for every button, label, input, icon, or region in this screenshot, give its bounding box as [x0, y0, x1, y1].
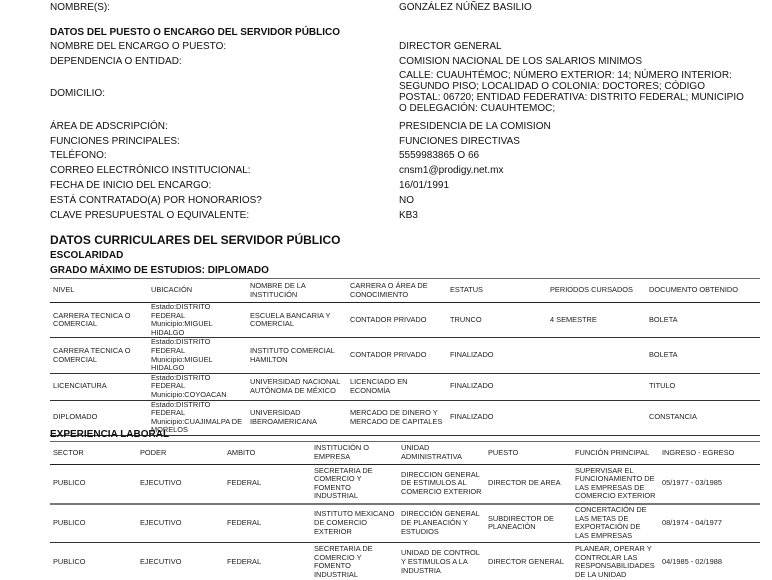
table-cell: 4 SEMESTRE: [547, 303, 646, 338]
field-label-telefono: TELÉFONO:: [50, 150, 107, 161]
field-label-honorarios: ESTÁ CONTRATADO(A) POR HONORARIOS?: [50, 195, 262, 206]
col-header: FUNCIÓN PRINCIPAL: [572, 442, 659, 465]
field-value-domicilio: CALLE: CUAUHTÉMOC; NÚMERO EXTERIOR: 14; …: [399, 70, 744, 114]
col-header: ESTATUS: [447, 279, 547, 303]
table-cell: PUBLICO: [50, 465, 137, 504]
field-label-dependencia: DEPENDENCIA O ENTIDAD:: [50, 56, 182, 67]
table-row: CARRERA TECNICA O COMERCIAL Estado:DISTR…: [50, 338, 760, 373]
table-cell: EJECUTIVO: [137, 465, 224, 504]
table-row: CARRERA TECNICA O COMERCIAL Estado:DISTR…: [50, 303, 760, 338]
table-cell: PUBLICO: [50, 504, 137, 543]
table-cell: INSTITUTO COMERCIAL HAMILTON: [247, 338, 347, 373]
table-cell: CONCERTACIÓN DE LAS METAS DE EXPORTACIÓN…: [572, 504, 659, 543]
field-value-clave: KB3: [399, 210, 418, 221]
col-header: NIVEL: [50, 279, 148, 303]
table-cell: SECRETARIA DE COMERCIO Y FOMENTO INDUSTR…: [311, 465, 398, 504]
table-cell: CARRERA TECNICA O COMERCIAL: [50, 338, 148, 373]
table-row: PUBLICO EJECUTIVO FEDERAL SECRETARIA DE …: [50, 543, 760, 580]
table-cell: EJECUTIVO: [137, 543, 224, 580]
col-header: INGRESO - EGRESO: [659, 442, 760, 465]
field-label-funciones: FUNCIONES PRINCIPALES:: [50, 136, 180, 147]
curriculares-section-title: DATOS CURRICULARES DEL SERVIDOR PÚBLICO: [50, 233, 340, 247]
table-cell: CONTADOR PRIVADO: [347, 338, 447, 373]
table-row: PUBLICO EJECUTIVO FEDERAL INSTITUTO MEXI…: [50, 504, 760, 543]
field-label-clave: CLAVE PRESUPUESTAL O EQUIVALENTE:: [50, 210, 249, 221]
table-cell: FINALIZADO: [447, 400, 547, 435]
experiencia-title: EXPERIENCIA LABORAL: [50, 429, 169, 440]
table-cell: CARRERA TECNICA O COMERCIAL: [50, 303, 148, 338]
table-cell: INSTITUTO MEXICANO DE COMERCIO EXTERIOR: [311, 504, 398, 543]
table-cell: MERCADO DE DINERO Y MERCADO DE CAPITALES: [347, 400, 447, 435]
name-value: GONZÁLEZ NÚÑEZ BASILIO: [399, 2, 532, 13]
name-label: NOMBRE(S):: [50, 2, 110, 13]
table-cell: LICENCIATURA: [50, 373, 148, 400]
table-cell: FINALIZADO: [447, 373, 547, 400]
table-cell: DIRECTOR DE AREA: [485, 465, 572, 504]
field-value-dependencia: COMISION NACIONAL DE LOS SALARIOS MINIMO…: [399, 56, 642, 67]
table-cell: SECRETARIA DE COMERCIO Y FOMENTO INDUSTR…: [311, 543, 398, 580]
field-value-fecha: 16/01/1991: [399, 180, 449, 191]
col-header: DOCUMENTO OBTENIDO: [646, 279, 760, 303]
table-cell: PLANEAR, OPERAR Y CONTROLAR LAS RESPONSA…: [572, 543, 659, 580]
table-cell: Estado:DISTRITO FEDERAL Municipio:COYOAC…: [148, 373, 247, 400]
table-cell: [547, 338, 646, 373]
field-label-domicilio: DOMICILIO:: [50, 88, 105, 99]
col-header: AMBITO: [224, 442, 311, 465]
table-cell: [547, 400, 646, 435]
table-cell: DIRECCION GENERAL DE ESTIMULOS AL COMERC…: [398, 465, 485, 504]
table-cell: 08/1974 - 04/1977: [659, 504, 760, 543]
table-cell: CONTADOR PRIVADO: [347, 303, 447, 338]
col-header: UBICACIÓN: [148, 279, 247, 303]
table-cell: FEDERAL: [224, 543, 311, 580]
col-header: CARRERA O ÁREA DE CONOCIMIENTO: [347, 279, 447, 303]
table-row: LICENCIATURA Estado:DISTRITO FEDERAL Mun…: [50, 373, 760, 400]
puesto-section-title: DATOS DEL PUESTO O ENCARGO DEL SERVIDOR …: [50, 27, 340, 38]
table-cell: FEDERAL: [224, 465, 311, 504]
col-header: NOMBRE DE LA INSTITUCIÓN: [247, 279, 347, 303]
col-header: PODER: [137, 442, 224, 465]
field-label-area: ÁREA DE ADSCRIPCIÓN:: [50, 121, 168, 132]
table-cell: UNIVERSIDAD NACIONAL AUTÓNOMA DE MÉXICO: [247, 373, 347, 400]
table-cell: SUPERVISAR EL FUNCIONAMIENTO DE LAS EMPR…: [572, 465, 659, 504]
table-cell: 04/1985 - 02/1988: [659, 543, 760, 580]
table-cell: BOLETA: [646, 338, 760, 373]
table-cell: TITULO: [646, 373, 760, 400]
col-header: UNIDAD ADMINISTRATIVA: [398, 442, 485, 465]
field-value-correo: cnsm1@prodigy.net.mx: [399, 165, 503, 176]
table-cell: FINALIZADO: [447, 338, 547, 373]
col-header: INSTITUCIÓN O EMPRESA: [311, 442, 398, 465]
grado-maximo: GRADO MÁXIMO DE ESTUDIOS: DIPLOMADO: [50, 265, 269, 276]
table-cell: TRUNCO: [447, 303, 547, 338]
table-cell: Estado:DISTRITO FEDERAL Municipio:MIGUEL…: [148, 303, 247, 338]
table-header-row: SECTOR PODER AMBITO INSTITUCIÓN O EMPRES…: [50, 442, 760, 465]
table-cell: 05/1977 - 03/1985: [659, 465, 760, 504]
table-cell: Estado:DISTRITO FEDERAL Municipio:MIGUEL…: [148, 338, 247, 373]
field-label-fecha: FECHA DE INICIO DEL ENCARGO:: [50, 180, 211, 191]
table-cell: [547, 373, 646, 400]
table-cell: CONSTANCIA: [646, 400, 760, 435]
field-value-area: PRESIDENCIA DE LA COMISION: [399, 121, 551, 132]
field-value-honorarios: NO: [399, 195, 414, 206]
field-value-puesto: DIRECTOR GENERAL: [399, 41, 502, 52]
table-cell: UNIVERSIDAD IBEROAMERICANA: [247, 400, 347, 435]
escolaridad-table: NIVEL UBICACIÓN NOMBRE DE LA INSTITUCIÓN…: [50, 278, 760, 436]
table-cell: EJECUTIVO: [137, 504, 224, 543]
table-header-row: NIVEL UBICACIÓN NOMBRE DE LA INSTITUCIÓN…: [50, 279, 760, 303]
escolaridad-title: ESCOLARIDAD: [50, 250, 123, 261]
table-cell: PUBLICO: [50, 543, 137, 580]
table-row: PUBLICO EJECUTIVO FEDERAL SECRETARIA DE …: [50, 465, 760, 504]
table-cell: ESCUELA BANCARIA Y COMERCIAL: [247, 303, 347, 338]
table-cell: UNIDAD DE CONTROL Y ESTIMULOS A LA INDUS…: [398, 543, 485, 580]
field-label-puesto: NOMBRE DEL ENCARGO O PUESTO:: [50, 41, 226, 52]
col-header: PERIODOS CURSADOS: [547, 279, 646, 303]
table-cell: DIRECCIÓN GENERAL DE PLANEACIÓN Y ESTUDI…: [398, 504, 485, 543]
col-header: SECTOR: [50, 442, 137, 465]
field-value-telefono: 5559983865 O 66: [399, 150, 479, 161]
table-cell: DIRECTOR GENERAL: [485, 543, 572, 580]
field-label-correo: CORREO ELECTRÓNICO INSTITUCIONAL:: [50, 165, 251, 176]
table-cell: BOLETA: [646, 303, 760, 338]
table-cell: LICENCIADO EN ECONOMÍA: [347, 373, 447, 400]
col-header: PUESTO: [485, 442, 572, 465]
table-cell: FEDERAL: [224, 504, 311, 543]
field-value-funciones: FUNCIONES DIRECTIVAS: [399, 136, 520, 147]
table-cell: SUBDIRECTOR DE PLANEACIÓN: [485, 504, 572, 543]
experiencia-table: SECTOR PODER AMBITO INSTITUCIÓN O EMPRES…: [50, 441, 760, 580]
